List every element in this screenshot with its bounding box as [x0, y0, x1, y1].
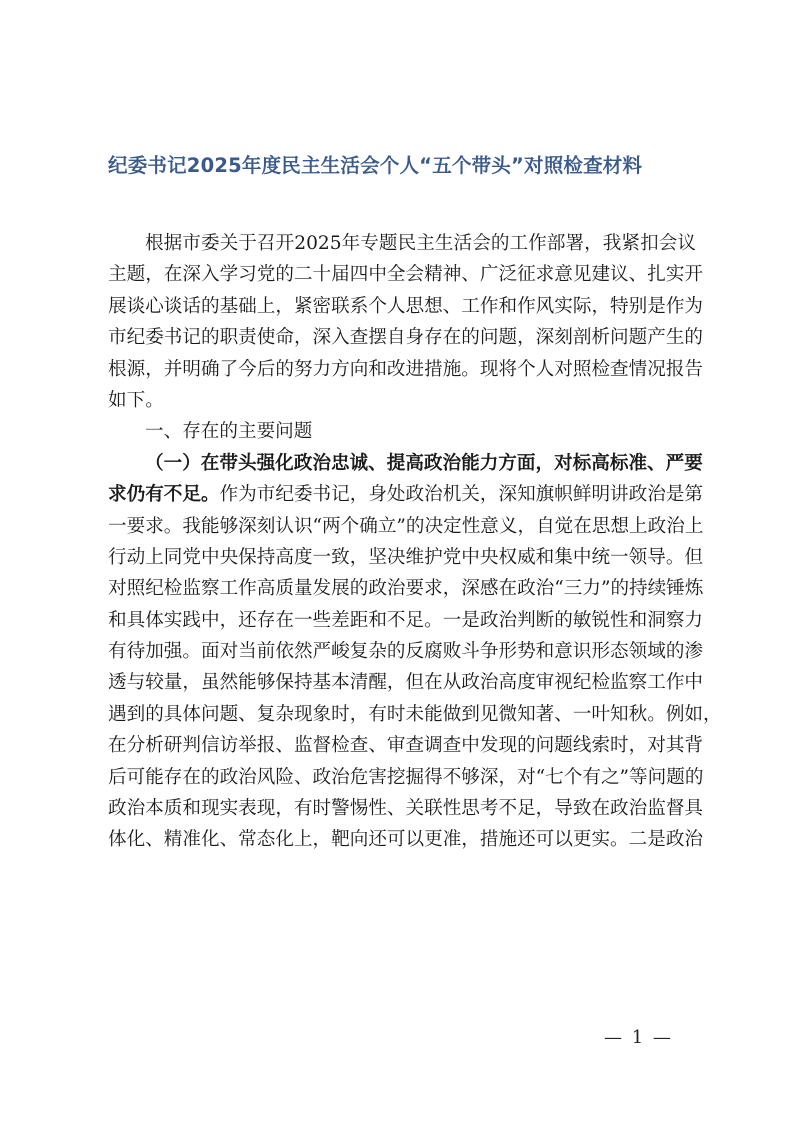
document-title: 纪委书记2025年度民主生活会个人“五个带头”对照检查材料: [108, 150, 698, 178]
subsection-heading: （一）在带头强化政治忠诚、提高政治能力方面，对标高标准、严要: [108, 448, 696, 479]
document-page: 纪委书记2025年度民主生活会个人“五个带头”对照检查材料 根据市委关于召开20…: [0, 0, 793, 1122]
intro-line: 市纪委书记的职责使命，深入查摆自身存在的问题，深刻剖析问题产生的: [108, 322, 696, 353]
body-line: 行动上同党中央保持高度一致，坚决维护党中央权威和集中统一领导。但: [108, 542, 696, 573]
body-line: 体化、精准化、常态化上，靶向还可以更准，措施还可以更实。二是政治: [108, 824, 696, 855]
subsection-heading-tail: 求仍有不足。: [108, 484, 220, 505]
intro-line: 如下。: [108, 385, 696, 416]
intro-line: 主题，在深入学习党的二十届四中全会精神、广泛征求意见建议、扎实开: [108, 259, 696, 290]
body-line: 遇到的具体问题、复杂现象时，有时未能做到见微知著、一叶知秋。例如，: [108, 699, 696, 730]
page-number: — 1 —: [604, 1027, 673, 1048]
body-line: 求仍有不足。作为市纪委书记，身处政治机关，深知旗帜鲜明讲政治是第: [108, 479, 696, 510]
body-line: 和具体实践中，还存在一些差距和不足。一是政治判断的敏锐性和洞察力: [108, 605, 696, 636]
body-line: 有待加强。面对当前依然严峻复杂的反腐败斗争形势和意识形态领域的渗: [108, 636, 696, 667]
intro-line: 根据市委关于召开2025年专题民主生活会的工作部署，我紧扣会议: [108, 228, 696, 259]
section-heading: 一、存在的主要问题: [108, 416, 696, 447]
body-line: 一要求。我能够深刻认识“两个确立”的决定性意义，自觉在思想上政治上: [108, 511, 696, 542]
intro-line: 根源，并明确了今后的努力方向和改进措施。现将个人对照检查情况报告: [108, 354, 696, 385]
body-line: 透与较量，虽然能够保持基本清醒，但在从政治高度审视纪检监察工作中: [108, 667, 696, 698]
intro-line: 展谈心谈话的基础上，紧密联系个人思想、工作和作风实际，特别是作为: [108, 291, 696, 322]
body-text: 作为市纪委书记，身处政治机关，深知旗帜鲜明讲政治是第: [220, 484, 703, 505]
document-body: 根据市委关于召开2025年专题民主生活会的工作部署，我紧扣会议 主题，在深入学习…: [108, 228, 696, 856]
body-line: 后可能存在的政治风险、政治危害挖掘得不够深，对“七个有之”等问题的: [108, 762, 696, 793]
body-line: 对照纪检监察工作高质量发展的政治要求，深感在政治“三力”的持续锤炼: [108, 573, 696, 604]
body-line: 政治本质和现实表现，有时警惕性、关联性思考不足，导致在政治监督具: [108, 793, 696, 824]
body-line: 在分析研判信访举报、监督检查、审查调查中发现的问题线索时，对其背: [108, 730, 696, 761]
